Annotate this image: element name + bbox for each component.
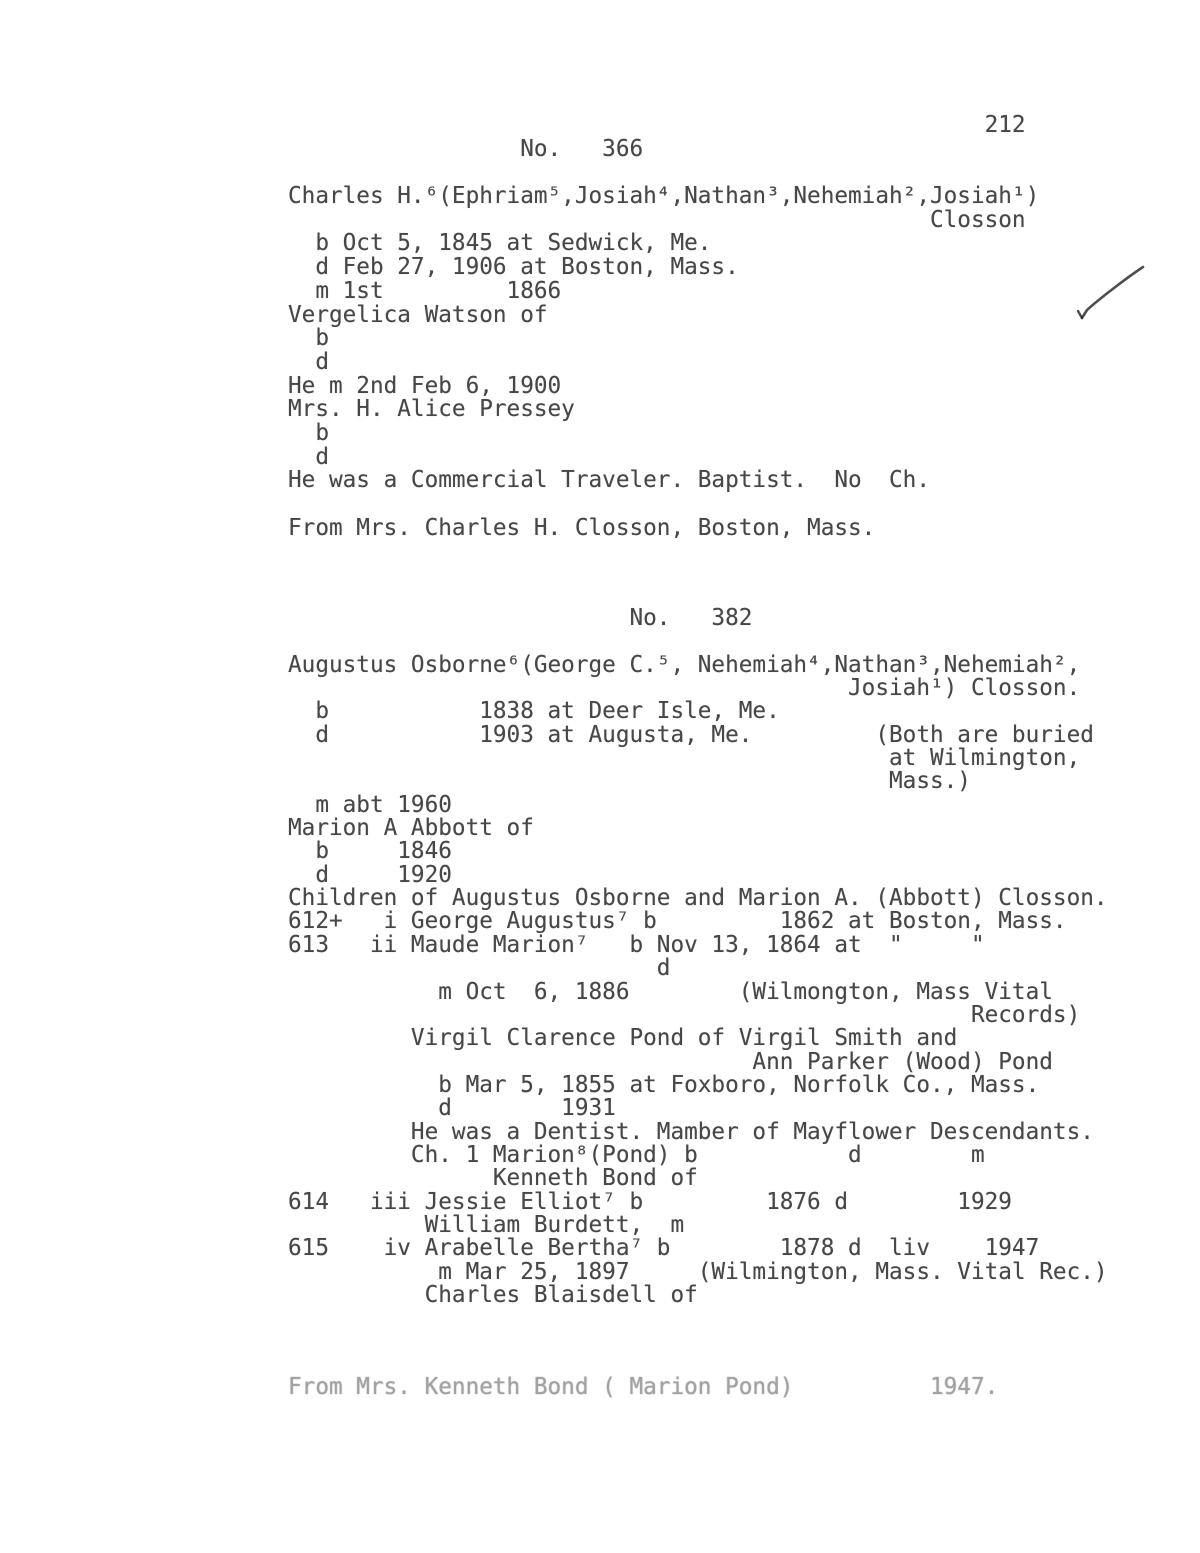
text-line: d Feb 27, 1906 at Boston, Mass. (288, 256, 1039, 280)
record-366-block: 212 No. 366Charles H.⁶(Ephriam⁵,Josiah⁴,… (288, 114, 1039, 540)
text-line: d (288, 957, 1108, 980)
text-line: 212 (288, 114, 1039, 138)
text-line: Ann Parker (Wood) Pond (288, 1051, 1108, 1074)
text-line: William Burdett, m (288, 1214, 1108, 1237)
text-line: d 1903 at Augusta, Me. (Both are buried (288, 724, 1108, 747)
text-line: m abt 1960 (288, 794, 1108, 817)
text-line (288, 493, 1039, 517)
text-line: Records) (288, 1004, 1108, 1027)
text-line: No. 382 (288, 607, 1108, 630)
text-line: Mass.) (288, 770, 1108, 793)
text-line: Virgil Clarence Pond of Virgil Smith and (288, 1027, 1108, 1050)
text-line: He was a Dentist. Mamber of Mayflower De… (288, 1121, 1108, 1144)
text-line: No. 366 (288, 138, 1039, 162)
text-line: Marion A Abbott of (288, 817, 1108, 840)
text-line: Ch. 1 Marion⁸(Pond) b d m (288, 1144, 1108, 1167)
text-line: at Wilmington, (288, 747, 1108, 770)
text-line: b Oct 5, 1845 at Sedwick, Me. (288, 232, 1039, 256)
text-line: d 1931 (288, 1097, 1108, 1120)
text-line: Charles Blaisdell of (288, 1284, 1108, 1307)
text-line: Charles H.⁶(Ephriam⁵,Josiah⁴,Nathan³,Neh… (288, 185, 1039, 209)
text-line: 615 iv Arabelle Bertha⁷ b 1878 d liv 194… (288, 1237, 1108, 1260)
text-line (288, 161, 1039, 185)
record-382-block: No. 382Augustus Osborne⁶(George C.⁵, Neh… (288, 607, 1108, 1307)
text-line: Mrs. H. Alice Pressey (288, 398, 1039, 422)
text-line: He m 2nd Feb 6, 1900 (288, 375, 1039, 399)
text-line: b 1838 at Deer Isle, Me. (288, 700, 1108, 723)
text-line (288, 630, 1108, 653)
text-line: b Mar 5, 1855 at Foxboro, Norfolk Co., M… (288, 1074, 1108, 1097)
text-line: b 1846 (288, 840, 1108, 863)
text-line: d (288, 446, 1039, 470)
text-line: 613 ii Maude Marion⁷ b Nov 13, 1864 at "… (288, 934, 1108, 957)
text-line: d 1920 (288, 864, 1108, 887)
text-line: 612+ i George Augustus⁷ b 1862 at Boston… (288, 910, 1108, 933)
source-note-block: From Mrs. Kenneth Bond ( Marion Pond) 19… (288, 1376, 998, 1399)
text-line: Closson (288, 209, 1039, 233)
text-line: Josiah¹) Closson. (288, 677, 1108, 700)
text-line: Augustus Osborne⁶(George C.⁵, Nehemiah⁴,… (288, 654, 1108, 677)
text-line: b (288, 422, 1039, 446)
text-line: 614 iii Jessie Elliot⁷ b 1876 d 1929 (288, 1191, 1108, 1214)
text-line: m Mar 25, 1897 (Wilmington, Mass. Vital … (288, 1261, 1108, 1284)
text-line: d (288, 351, 1039, 375)
text-line: m 1st 1866 (288, 280, 1039, 304)
text-line: Vergelica Watson of (288, 304, 1039, 328)
text-line: He was a Commercial Traveler. Baptist. N… (288, 469, 1039, 493)
text-line: Children of Augustus Osborne and Marion … (288, 887, 1108, 910)
text-line: b (288, 327, 1039, 351)
document-paper: 212 No. 366Charles H.⁶(Ephriam⁵,Josiah⁴,… (0, 0, 1200, 1553)
text-line: m Oct 6, 1886 (Wilmongton, Mass Vital (288, 981, 1108, 1004)
text-line: From Mrs. Kenneth Bond ( Marion Pond) 19… (288, 1376, 998, 1399)
text-line: From Mrs. Charles H. Closson, Boston, Ma… (288, 517, 1039, 541)
text-line: Kenneth Bond of (288, 1167, 1108, 1190)
